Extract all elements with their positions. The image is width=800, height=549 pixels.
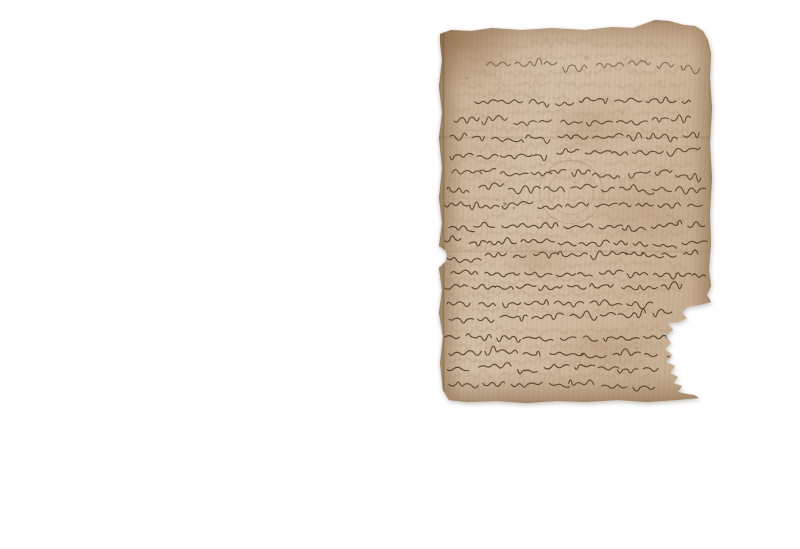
bleedthrough-stroke	[457, 87, 691, 105]
bleedthrough-stroke	[455, 125, 695, 139]
handwriting-stroke	[449, 378, 655, 392]
handwriting-svg	[437, 18, 714, 405]
handwriting-stroke	[452, 168, 701, 182]
bleedthrough-stroke	[449, 170, 691, 185]
bleedthrough-stroke	[477, 37, 671, 52]
paper-surface	[437, 18, 714, 405]
handwriting-stroke	[449, 220, 705, 232]
page-background	[0, 0, 800, 549]
bleedthrough-stroke	[451, 193, 693, 207]
handwriting-stroke	[454, 115, 690, 126]
handwriting-stroke	[447, 249, 698, 262]
handwriting-stroke	[447, 362, 658, 374]
handwriting-stroke	[475, 97, 691, 107]
handwriting-stroke	[445, 236, 707, 248]
bleedthrough-stroke	[449, 259, 688, 271]
handwriting-stroke	[445, 201, 702, 210]
bleedthrough-stroke	[447, 370, 651, 379]
manuscript-paper	[437, 18, 714, 405]
handwriting-stroke	[451, 268, 706, 280]
bleedthrough-stroke	[462, 80, 685, 92]
bleedthrough-text-layer	[447, 37, 697, 379]
handwriting-stroke	[447, 299, 653, 309]
handwriting-stroke	[445, 282, 682, 291]
bleedthrough-stroke	[447, 244, 687, 255]
bleedthrough-stroke	[449, 321, 670, 336]
bleedthrough-stroke	[472, 65, 682, 81]
handwriting-stroke	[449, 309, 672, 324]
bleedthrough-stroke	[447, 277, 685, 285]
